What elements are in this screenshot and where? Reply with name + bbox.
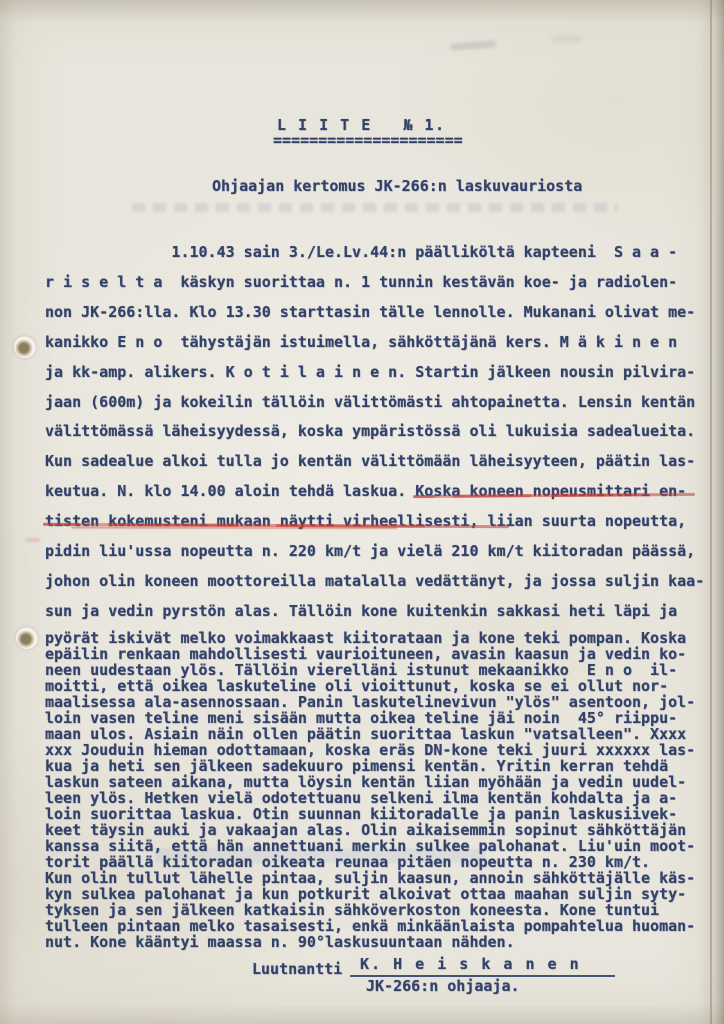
punch-hole-bottom [16,627,38,649]
text-line: pidin liu'ussa nopeutta n. 220 km/t ja v… [45,537,704,567]
text-line: kua ja heti sen jälkeen sadekuuro pimens… [45,758,695,774]
text-line: Kun sadealue alkoi tulla jo kentän välit… [45,447,704,477]
text-line: loin suorittaa laskua. Otin suunnan kiit… [45,806,695,822]
body-paragraph-2: pyörät iskivät melko voimakkaast kiitora… [45,630,695,950]
text-line: non JK-266:lla. Klo 13.30 starttasin täl… [45,298,704,328]
text-line: pyörät iskivät melko voimakkaast kiitora… [45,630,695,646]
text-line: maan ulos. Asiain näin ollen päätin suor… [45,726,695,742]
text-line: xxx Jouduin hieman odottamaan, koska erä… [45,742,695,758]
text-line: laskun sateen aikana, mutta löysin kentä… [45,774,695,790]
paper-smudge [450,40,496,50]
paper-smudge [552,36,582,42]
text-line: sun ja vedin pyrstön alas. Tällöin kone … [45,597,704,627]
text-line: kanikko E n o tähystäjän istuimella, säh… [45,328,704,358]
document-page: L I I T E № 1. ===================== Ohj… [0,0,724,1024]
text-line: r i s e l t a käskyn suorittaa n. 1 tunn… [45,268,704,298]
body-paragraph-1: 1.10.43 sain 3./Le.Lv.44:n päälliköltä k… [45,238,704,627]
signature-name: K. H e i s k a n e n [350,955,615,977]
text-line: maalisessa ala-asennossaan. Panin laskut… [45,694,695,710]
text-line: neen uudestaan ylös. Tällöin vierelläni … [45,662,695,678]
text-line: kanssa siitä, että hän annettuani merkin… [45,838,695,854]
text-line: 1.10.43 sain 3./Le.Lv.44:n päälliköltä k… [45,238,704,268]
text-line: loin vasen teline meni sisään mutta oike… [45,710,695,726]
text-line: moitti, että oikea laskuteline oli vioit… [45,678,695,694]
text-line: tyksen ja sen jälkeen katkaisin sähköver… [45,902,695,918]
text-line: keet täysin auki ja vakaajan alas. Olin … [45,822,695,838]
bleed-through-ghost-text [132,203,618,212]
text-line: epäilin renkaan mahdollisesti vaurioitun… [45,646,695,662]
signature-rank: Luutnantti [252,960,342,978]
text-line: johon olin koneen moottoreilla matalalla… [45,567,704,597]
text-line: keutua. N. klo 14.00 aloin tehdä laskua.… [45,477,704,507]
text-line: kyn sulkea palohanat ja kun potkurit alk… [45,886,695,902]
text-line: leen ylös. Hetken vielä odotettuanu selk… [45,790,695,806]
punch-hole-top [14,336,36,358]
signature-role: JK-266:n ohjaaja. [366,977,520,995]
text-line: tulleen pintaan melko tasaisesti, enkä m… [45,918,695,934]
text-line: jaan (600m) ja kokeilin tällöin välittöm… [45,388,704,418]
text-line: Kun olin tullut lähelle pintaa, suljin k… [45,870,695,886]
title-underline: ===================== [273,131,463,149]
text-line: nut. Kone kääntyi maassa n. 90°laskusuun… [45,934,695,950]
page-subtitle: Ohjaajan kertomus JK-266:n laskuvauriost… [212,177,582,195]
text-line: ja kk-amp. alikers. K o t i l a i n e n.… [45,358,704,388]
text-line: torit päällä kiitoradan oikeata reunaa p… [45,854,695,870]
text-line: tisten kokemusteni mukaan näytti virheel… [45,507,704,537]
text-line: välittömässä läheisyydessä, koska ympäri… [45,417,704,447]
margin-mark [26,538,40,542]
